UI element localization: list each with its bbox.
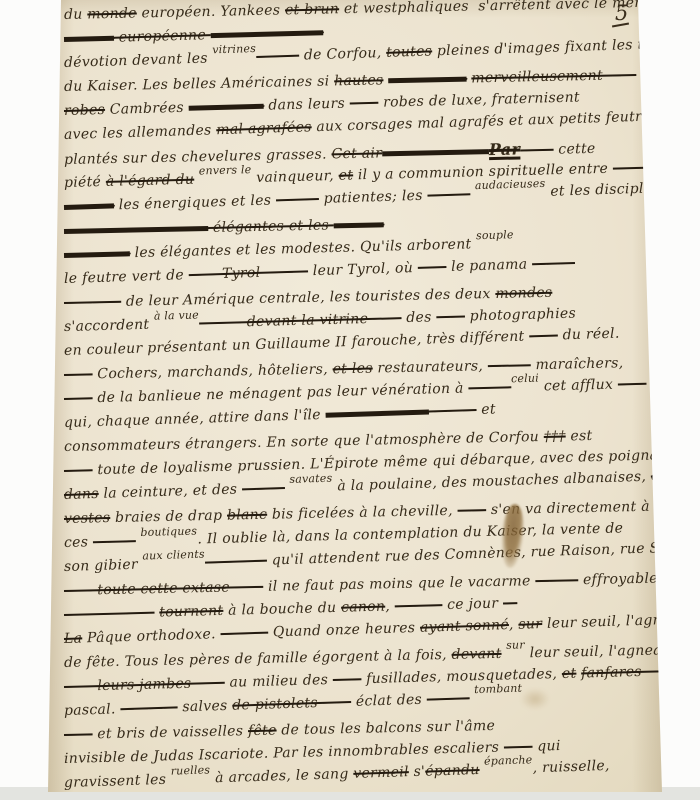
- struck-segment: hautes: [334, 72, 384, 89]
- text-segment: de Corfou,: [299, 45, 387, 64]
- text-segment: à arcades, le sang: [210, 766, 353, 786]
- struck-segment: ——: [529, 327, 558, 344]
- struck-segment: épandu: [425, 762, 480, 780]
- struck-segment: La: [64, 630, 83, 647]
- struck-segment: et: [338, 167, 353, 183]
- struck-segment: ———: [535, 572, 578, 589]
- faint-stain: [520, 688, 550, 710]
- struck-segment: ——: [618, 376, 647, 393]
- text-segment: cette: [553, 141, 595, 158]
- scratched-out-segment: ————————: [382, 143, 489, 161]
- struck-segment: Par: [489, 139, 521, 159]
- text-segment: du: [64, 7, 88, 23]
- text-segment: ces: [64, 534, 93, 551]
- text-segment: Yankees: [220, 2, 285, 19]
- scratched-out-segment: —————————: [211, 24, 324, 43]
- text-segment: photographies: [465, 306, 576, 325]
- struck-segment: ——: [64, 366, 93, 383]
- scratched-out-segment: —— ———: [64, 245, 130, 263]
- inserted-word: savates: [289, 472, 332, 486]
- text-segment: dans leurs: [263, 96, 350, 114]
- manuscript-page: 5 du monde européen. Yankees et brun et …: [0, 0, 700, 800]
- scratched-out-segment: ————: [64, 197, 114, 215]
- struck-segment: ——: [418, 259, 447, 276]
- struck-segment: vestes: [64, 510, 111, 527]
- struck-segment: dans: [64, 486, 99, 503]
- struck-segment: ———: [429, 402, 477, 419]
- text-segment: , ruisselle,: [532, 758, 610, 776]
- scratched-out-segment: —— ——————: [325, 404, 429, 423]
- text-segment: bis ficelées à la cheville,: [267, 503, 458, 523]
- text-segment: effroyable: [578, 571, 658, 589]
- text-segment: vainqueur,: [251, 168, 339, 186]
- inserted-word: souple: [476, 228, 514, 242]
- scratched-out-segment: ————: [334, 216, 384, 233]
- struck-segment: mondes: [495, 285, 552, 302]
- struck-segment: de pistolets ——: [232, 694, 351, 714]
- scratched-out-segment: ——————: [188, 98, 263, 116]
- struck-segment: ———: [532, 255, 575, 272]
- struck-segment: ——: [64, 390, 93, 407]
- inserted-word: ruelles: [171, 763, 211, 777]
- struck-segment: ——: [333, 671, 362, 688]
- struck-segment: — ——: [395, 597, 443, 614]
- text-segment: ,: [509, 617, 519, 633]
- struck-segment: monde: [87, 5, 137, 22]
- struck-segment: devant: [451, 646, 501, 663]
- text-segment: maraîchers,: [531, 355, 624, 373]
- struck-segment: †††: [544, 428, 566, 444]
- inserted-word: boutiques: [140, 525, 197, 539]
- struck-segment: —— leurs jambes ——: [64, 675, 225, 695]
- struck-segment: tournent: [159, 603, 224, 621]
- struck-segment: ——: [64, 462, 93, 479]
- struck-segment: ——: [520, 142, 554, 159]
- text-segment: et westphaliques: [339, 0, 479, 17]
- text-segment: ce jour: [442, 596, 503, 614]
- text-segment: Pâque orthodoxe.: [82, 626, 221, 646]
- struck-segment: —— ————: [64, 605, 155, 623]
- text-segment: européen.: [137, 4, 221, 22]
- inserted-word: vitrines: [212, 42, 256, 56]
- struck-segment: ———: [242, 480, 285, 497]
- inserted-word: tombant: [474, 682, 522, 697]
- text-segment: de tous les balcons sur l'âme: [276, 718, 495, 739]
- text-segment: est: [566, 428, 593, 445]
- text-segment: s': [409, 764, 426, 781]
- struck-segment: Cet air: [331, 145, 382, 162]
- text-segment: ,: [385, 598, 395, 614]
- text-segment: pascal.: [64, 701, 121, 719]
- inserted-word: aux clients: [142, 548, 205, 563]
- text-segment: leur seuil, l'agneau: [525, 642, 672, 661]
- struck-segment: — ———: [205, 553, 267, 571]
- struck-segment: ——: [350, 95, 379, 112]
- text-segment: gravissent les: [64, 772, 171, 791]
- inserted-word: épanche: [484, 753, 533, 768]
- text-segment: Cambrées: [105, 100, 189, 118]
- struck-segment: toutes: [386, 43, 432, 60]
- text-segment: Quand onze heures: [268, 620, 420, 641]
- struck-segment: —: [503, 595, 518, 611]
- struck-segment: —— toute cette extase ——: [64, 579, 264, 599]
- struck-segment: ——: [457, 502, 486, 519]
- text-segment: à la bouche du: [223, 600, 341, 619]
- struck-segment: ———: [256, 48, 299, 65]
- text-segment: son gibier: [64, 557, 143, 575]
- text-segment: qui, chaque année, attire dans l'île: [64, 407, 326, 431]
- struck-segment: canon: [341, 599, 386, 616]
- text-segment: salves: [177, 698, 232, 716]
- struck-segment: robes: [64, 102, 105, 119]
- struck-segment: ———: [93, 533, 136, 550]
- scratched-out-segment: —— ————: [388, 71, 467, 89]
- struck-segment: ————: [120, 699, 178, 717]
- struck-segment: ——— devant la vitrine ——: [199, 310, 402, 331]
- text-segment: du Kaiser. Les belles Américaines si: [64, 73, 335, 95]
- text-segment: avec les allemandes: [64, 122, 217, 143]
- inserted-word: celui: [511, 372, 539, 386]
- text-segment: dévotion devant les: [64, 50, 213, 71]
- struck-segment: ————: [64, 294, 122, 311]
- struck-segment: ———: [276, 191, 319, 208]
- struck-segment: blanc: [227, 507, 267, 524]
- struck-segment: européenne: [114, 27, 211, 46]
- struck-segment: ——: [436, 309, 465, 326]
- struck-segment: — ——: [220, 625, 268, 642]
- text-segment: les énergiques et les: [114, 192, 277, 213]
- inserted-word: audacieuses: [475, 177, 546, 192]
- text-segment: qui: [532, 738, 561, 755]
- scratched-out-segment: ——— ————— ———: [64, 220, 209, 239]
- text-segment: Cochers, marchands, hôteliers,: [92, 361, 332, 382]
- inserted-word: sur: [506, 638, 525, 651]
- text-segment: au milieu des: [225, 672, 333, 691]
- text-segment: cet afflux: [539, 376, 618, 394]
- struck-segment: à l'égard du: [106, 172, 195, 190]
- text-segment: et: [476, 401, 496, 418]
- text-segment: des: [401, 309, 436, 326]
- struck-segment: —— Tyrol ———: [188, 263, 308, 283]
- struck-segment: mal agrafées: [216, 119, 312, 138]
- text-segment: à la poulaine, des moustaches albanaises…: [332, 469, 651, 495]
- manuscript-text: du monde européen. Yankees et brun et we…: [64, 3, 644, 795]
- struck-segment: ——: [64, 726, 93, 743]
- text-segment: le feutre vert de: [64, 267, 189, 287]
- struck-segment: élégantes et les: [208, 217, 334, 236]
- text-segment: et bris de vaisselles: [92, 723, 248, 742]
- text-segment: patientes; les: [319, 188, 428, 207]
- struck-segment: ———: [468, 379, 511, 396]
- inserted-word: à la vue: [154, 308, 199, 322]
- struck-segment: et: [562, 666, 577, 682]
- struck-segment: et les: [332, 361, 372, 378]
- text-segment: du réel.: [558, 326, 620, 344]
- struck-segment: ———: [427, 186, 470, 203]
- text-segment: s'accordent: [64, 317, 155, 335]
- struck-segment: et brun: [285, 1, 339, 18]
- text-segment: leur Tyrol, où: [308, 260, 418, 279]
- text-segment: la ceinture, et des: [98, 481, 242, 501]
- struck-segment: sur: [518, 616, 542, 633]
- text-segment: le panama: [446, 256, 532, 275]
- struck-segment: merveilleusement ——: [471, 67, 636, 86]
- text-segment: éclat des: [351, 692, 427, 710]
- struck-segment: vermeil: [353, 764, 409, 782]
- struck-segment: fête: [248, 723, 277, 740]
- struck-segment: ———: [427, 690, 470, 707]
- struck-segment: ayant sonné: [420, 617, 509, 636]
- text-segment: piété: [64, 174, 106, 191]
- text-segment: braies de drap: [110, 508, 227, 526]
- inserted-word: envers le: [199, 163, 252, 177]
- text-segment: restaurateurs,: [373, 358, 488, 376]
- scratched-out-segment: ————: [64, 30, 114, 47]
